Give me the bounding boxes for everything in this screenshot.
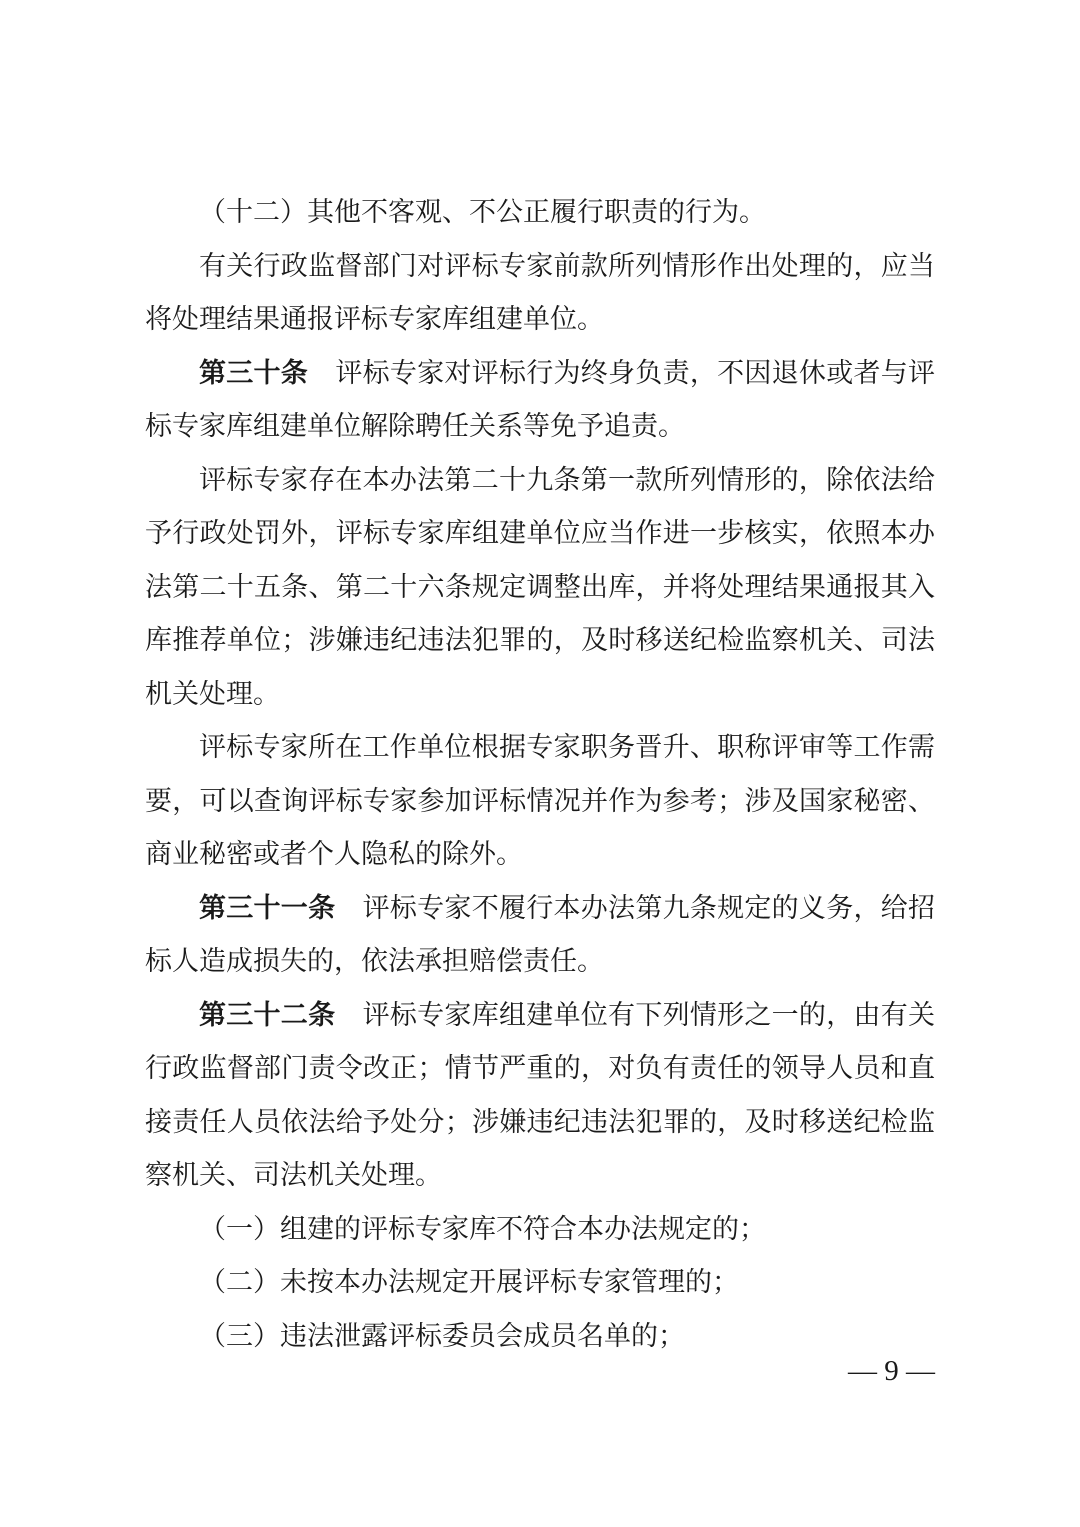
article-31-paragraph: 第三十一条 评标专家不履行本办法第九条规定的义务，给招标人造成损失的，依法承担赔… xyxy=(145,882,935,989)
article-30-followup-paragraph: 评标专家存在本办法第二十九条第一款所列情形的，除依法给予行政处罚外，评标专家库组… xyxy=(145,454,935,722)
page-footer: — 9 — xyxy=(848,1352,935,1390)
paragraph-text: 有关行政监督部门对评标专家前款所列情形作出处理的，应当将处理结果通报评标专家库组… xyxy=(145,251,935,335)
document-body: （十二）其他不客观、不公正履行职责的行为。 有关行政监督部门对评标专家前款所列情… xyxy=(145,186,935,1363)
paragraph-text: （十二）其他不客观、不公正履行职责的行为。 xyxy=(199,197,766,227)
supervision-notify-paragraph: 有关行政监督部门对评标专家前款所列情形作出处理的，应当将处理结果通报评标专家库组… xyxy=(145,240,935,347)
article-30-number-label: 第三十条 xyxy=(199,358,308,388)
item-3-paragraph: （三）违法泄露评标委员会成员名单的； xyxy=(145,1310,935,1364)
article-32-number-label: 第三十二条 xyxy=(199,1000,335,1030)
paragraph-text: 评标专家所在工作单位根据专家职务晋升、职称评审等工作需要，可以查询评标专家参加评… xyxy=(145,732,935,869)
expert-query-paragraph: 评标专家所在工作单位根据专家职务晋升、职称评审等工作需要，可以查询评标专家参加评… xyxy=(145,721,935,882)
item-2-paragraph: （二）未按本办法规定开展评标专家管理的； xyxy=(145,1256,935,1310)
paragraph-text: （三）违法泄露评标委员会成员名单的； xyxy=(199,1321,685,1351)
document-page: （十二）其他不客观、不公正履行职责的行为。 有关行政监督部门对评标专家前款所列情… xyxy=(0,0,1080,1527)
clause-12-paragraph: （十二）其他不客观、不公正履行职责的行为。 xyxy=(145,186,935,240)
article-32-paragraph: 第三十二条 评标专家库组建单位有下列情形之一的，由有关行政监督部门责令改正；情节… xyxy=(145,989,935,1203)
article-31-number-label: 第三十一条 xyxy=(199,893,335,923)
paragraph-text: （二）未按本办法规定开展评标专家管理的； xyxy=(199,1267,739,1297)
article-30-paragraph: 第三十条 评标专家对评标行为终身负责，不因退休或者与评标专家库组建单位解除聘任关… xyxy=(145,347,935,454)
paragraph-text: （一）组建的评标专家库不符合本办法规定的； xyxy=(199,1214,766,1244)
page-number: — 9 — xyxy=(848,1355,935,1387)
paragraph-text: 评标专家存在本办法第二十九条第一款所列情形的，除依法给予行政处罚外，评标专家库组… xyxy=(145,465,935,709)
item-1-paragraph: （一）组建的评标专家库不符合本办法规定的； xyxy=(145,1203,935,1257)
